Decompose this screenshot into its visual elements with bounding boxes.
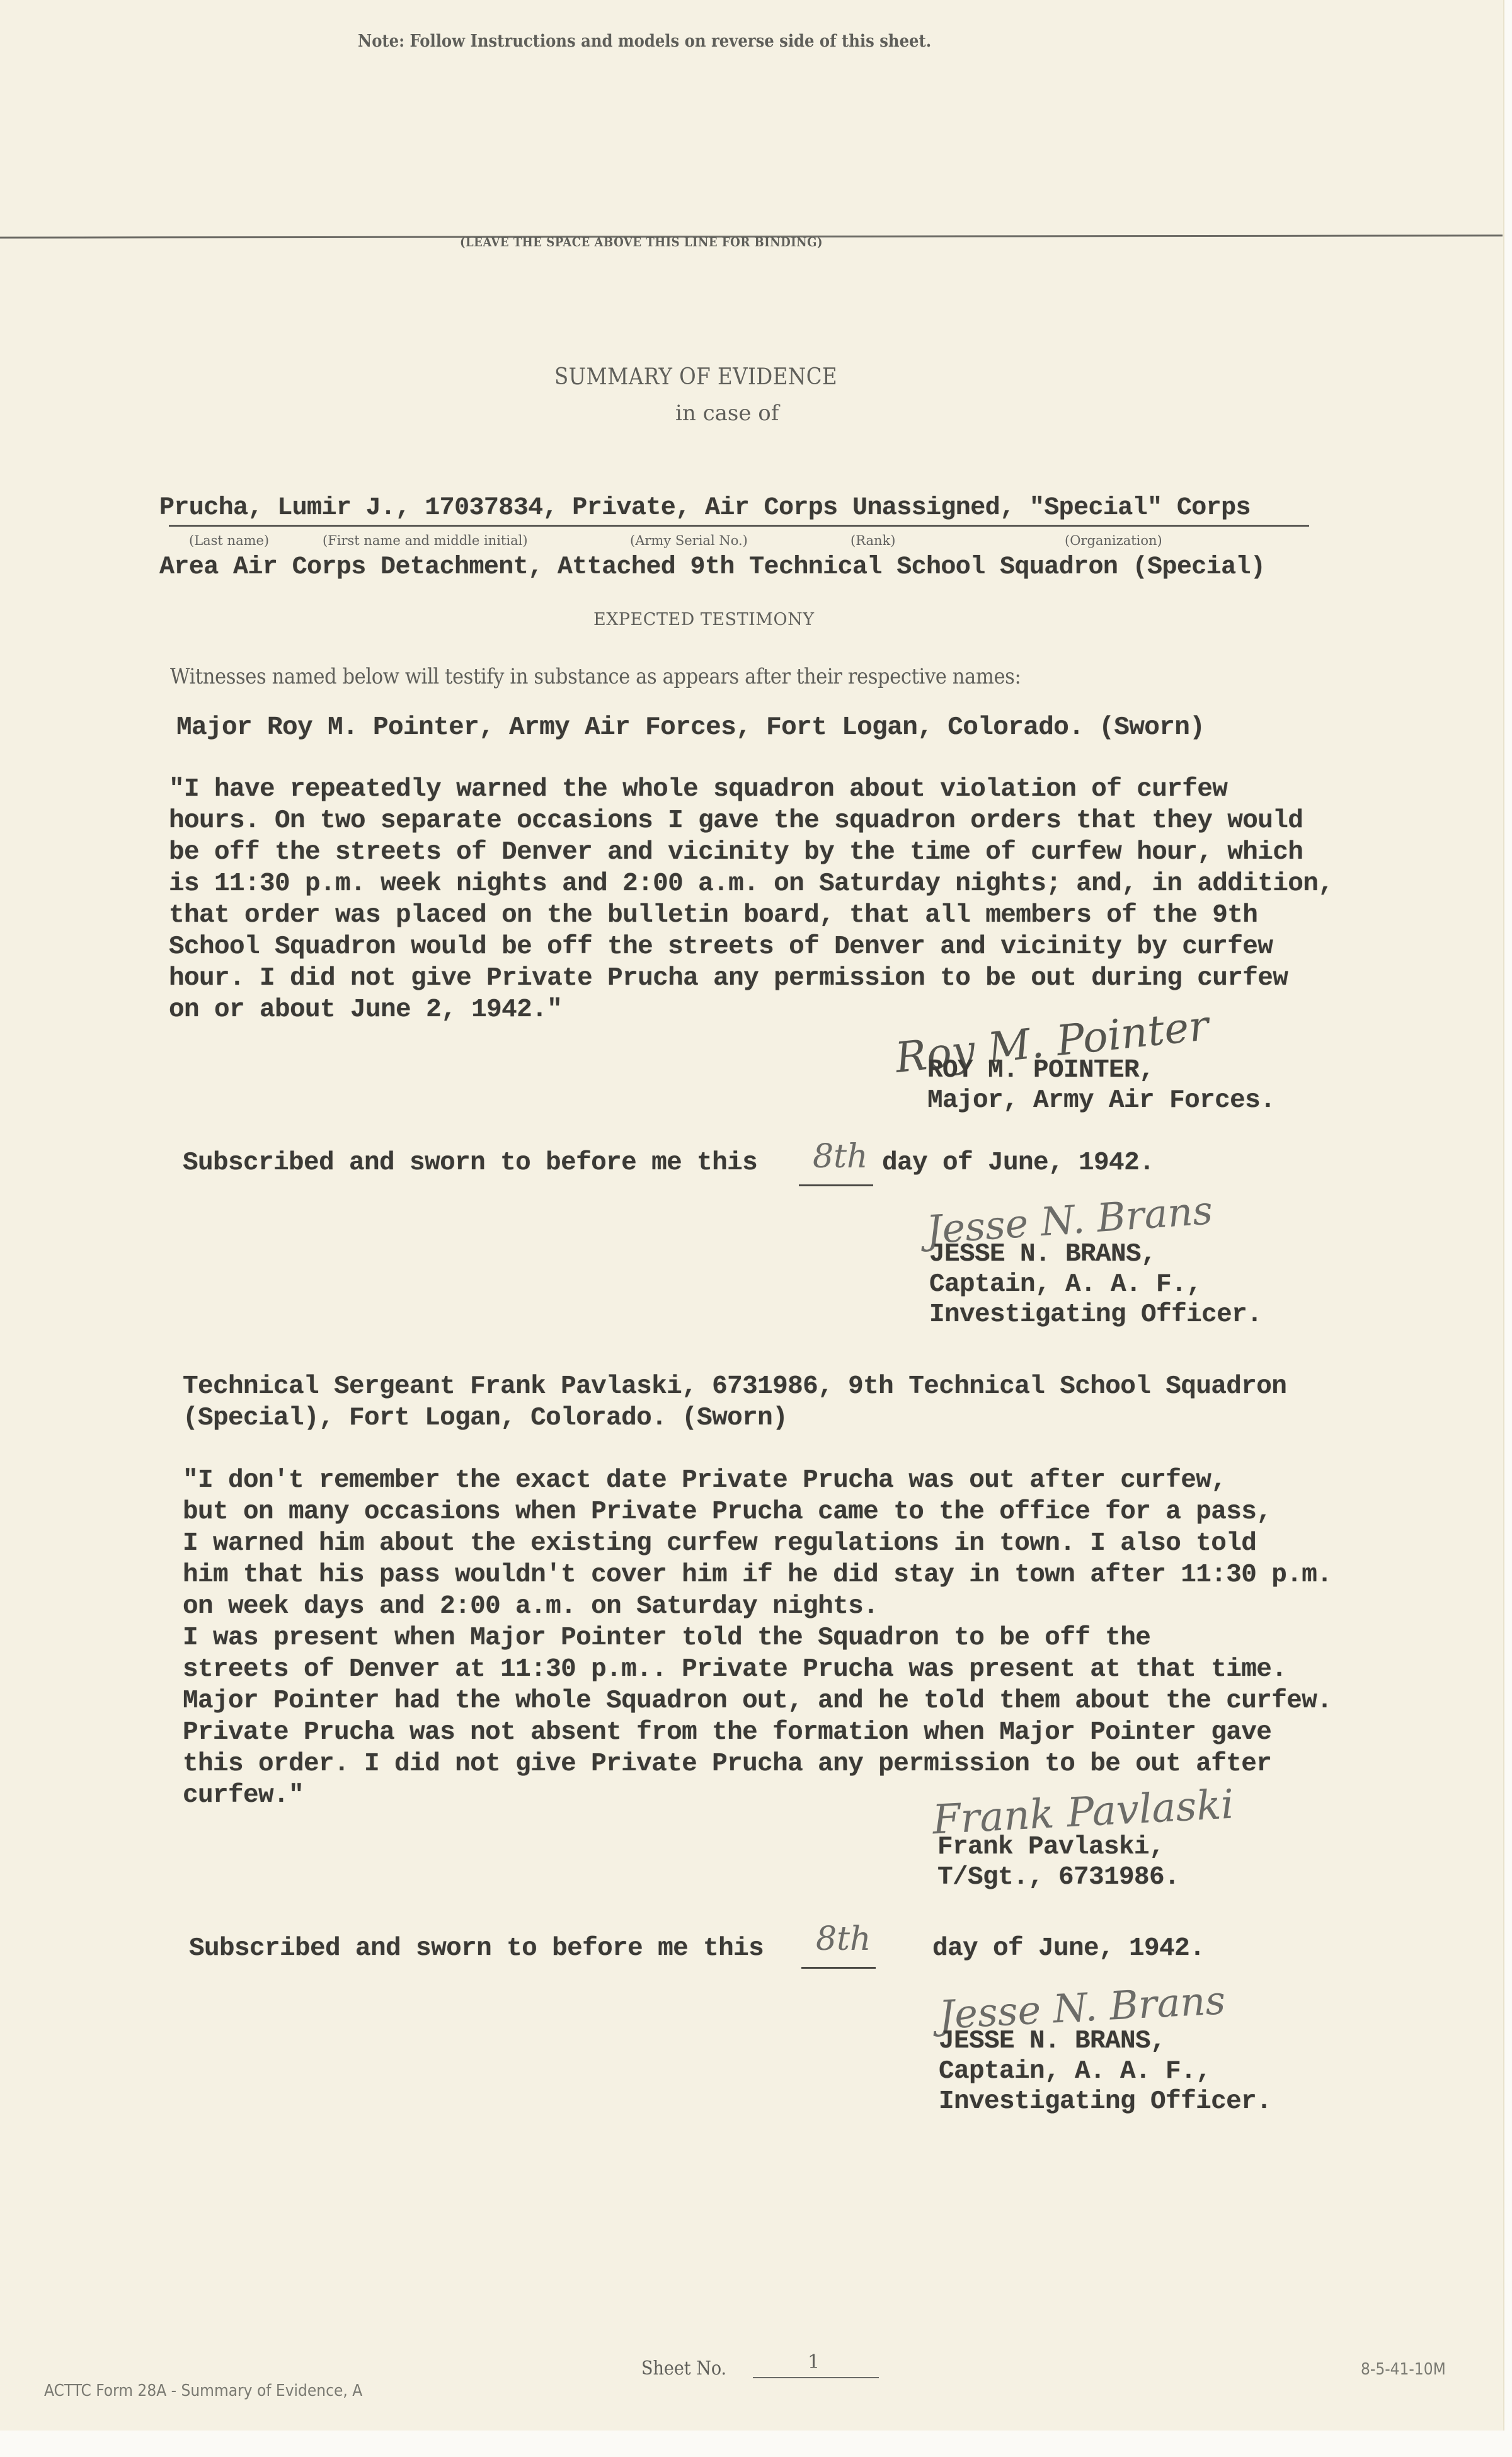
instruction-note: Note: Follow Instructions and models on … [358,31,931,51]
witness-1-day-blank [799,1184,873,1186]
witness-1-sworn-suffix: day of June, 1942. [882,1148,1154,1177]
witness-2-day-blank [801,1967,876,1969]
label-serial: (Army Serial No.) [630,533,748,548]
page-subtitle: in case of [675,401,779,426]
accused-identification: Prucha, Lumir J., 17037834, Private, Air… [159,494,1251,522]
statement-line: School Squadron would be off the streets… [169,931,1333,963]
signature-line: ROY M. POINTER, [927,1055,1275,1085]
witness-intro: Witnesses named below will testify in su… [170,664,1021,689]
officer-line: Investigating Officer. [939,2087,1271,2117]
signature-line: Frank Pavlaski, [937,1832,1179,1862]
officer-line: JESSE N. BRANS, [929,1239,1262,1269]
label-first-name: (First name and middle initial) [323,533,528,548]
statement-line: Major Pointer had the whole Squadron out… [183,1685,1332,1717]
witness-1-signature-block: ROY M. POINTER, Major, Army Air Forces. [927,1055,1275,1116]
statement-line: I was present when Major Pointer told th… [183,1622,1332,1654]
statement-line: Private Prucha was not absent from the f… [183,1717,1332,1748]
statement-line: "I don't remember the exact date Private… [183,1465,1332,1496]
witness-2-header: Technical Sergeant Frank Pavlaski, 67319… [183,1371,1286,1434]
witness-2-officer-block: JESSE N. BRANS, Captain, A. A. F., Inves… [939,2026,1271,2117]
statement-line: streets of Denver at 11:30 p.m.. Private… [183,1654,1332,1685]
sheet-number-label: Sheet No. [641,2357,726,2380]
accused-underline [169,525,1309,527]
binding-instruction: (LEAVE THE SPACE ABOVE THIS LINE FOR BIN… [460,234,823,249]
witness-1-header: Major Roy M. Pointer, Army Air Forces, F… [176,713,1205,742]
statement-line: I warned him about the existing curfew r… [183,1528,1332,1559]
officer-line: Captain, A. A. F., [929,1269,1262,1300]
form-identifier: ACTTC Form 28A - Summary of Evidence, A [44,2381,362,2400]
witness-1-sworn-prefix: Subscribed and sworn to before me this [183,1148,757,1177]
organization-continued: Area Air Corps Detachment, Attached 9th … [159,553,1265,581]
officer-line: JESSE N. BRANS, [939,2026,1271,2056]
witness-header-line: (Special), Fort Logan, Colorado. (Sworn) [183,1402,1286,1434]
witness-1-day-handwritten: 8th [813,1138,868,1176]
statement-line: him that his pass wouldn't cover him if … [183,1559,1332,1591]
statement-line: hour. I did not give Private Prucha any … [169,963,1333,994]
document-page: Note: Follow Instructions and models on … [0,0,1504,2431]
statement-line: but on many occasions when Private Pruch… [183,1496,1332,1528]
witness-1-officer-block: JESSE N. BRANS, Captain, A. A. F., Inves… [929,1239,1262,1330]
sheet-number-blank [753,2377,879,2378]
officer-line: Captain, A. A. F., [939,2056,1271,2087]
statement-line: hours. On two separate occasions I gave … [169,805,1333,837]
witness-2-sworn-prefix: Subscribed and sworn to before me this [189,1934,764,1963]
label-organization: (Organization) [1065,533,1162,548]
label-rank: (Rank) [850,533,895,548]
statement-line: is 11:30 p.m. week nights and 2:00 a.m. … [169,868,1333,900]
signature-line: T/Sgt., 6731986. [937,1862,1179,1893]
signature-line: Major, Army Air Forces. [927,1085,1275,1116]
witness-2-statement: "I don't remember the exact date Private… [183,1465,1332,1811]
statement-line: on week days and 2:00 a.m. on Saturday n… [183,1591,1332,1622]
statement-line: "I have repeatedly warned the whole squa… [169,774,1333,805]
witness-1-statement: "I have repeatedly warned the whole squa… [169,774,1333,1026]
statement-line: be off the streets of Denver and vicinit… [169,837,1333,868]
statement-line: this order. I did not give Private Pruch… [183,1748,1332,1780]
statement-line: that order was placed on the bulletin bo… [169,900,1333,931]
page-title: SUMMARY OF EVIDENCE [554,364,837,390]
section-heading: EXPECTED TESTIMONY [593,610,815,629]
label-last-name: (Last name) [189,533,269,548]
officer-line: Investigating Officer. [929,1300,1262,1330]
witness-2-day-handwritten: 8th [816,1920,871,1958]
sheet-number-value: 1 [808,2351,820,2373]
witness-2-signature-block: Frank Pavlaski, T/Sgt., 6731986. [937,1832,1179,1893]
witness-header-line: Technical Sergeant Frank Pavlaski, 67319… [183,1371,1286,1402]
print-code: 8-5-41-10M [1361,2360,1446,2379]
witness-2-sworn-suffix: day of June, 1942. [932,1934,1205,1963]
